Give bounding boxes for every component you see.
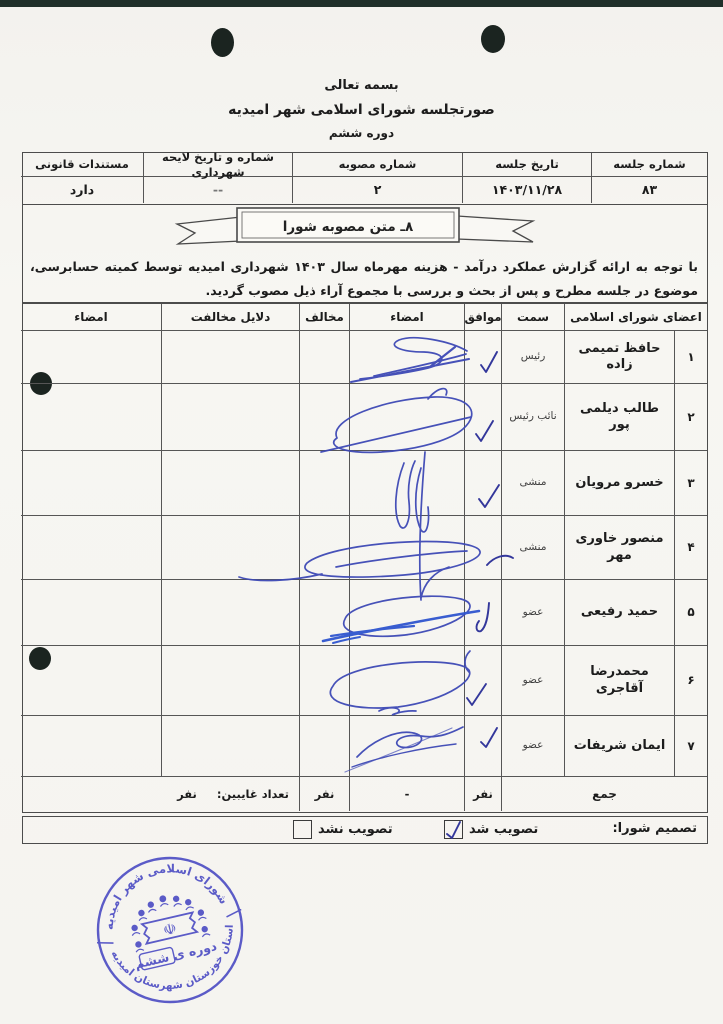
header-position: سمت (501, 304, 564, 331)
header-oppose: مخالف (299, 304, 349, 331)
oppose-reasons-cell (161, 331, 299, 384)
oppose-reasons-cell (161, 646, 299, 716)
member-position: منشی (501, 516, 564, 580)
member-position: عضو (501, 716, 564, 777)
absent-label: تعداد غایبین: (217, 787, 289, 801)
header-session-date: تاریخ جلسه (462, 153, 591, 177)
oppose-vote-cell (299, 331, 349, 384)
punch-hole-top-right (481, 25, 505, 53)
not-approved-label: تصویب نشد (318, 822, 393, 837)
agree-vote-cell (464, 580, 501, 646)
value-resolution-number: ۲ (292, 177, 462, 203)
oppose-reasons-cell (161, 451, 299, 516)
signature2-cell (21, 646, 161, 716)
oppose-reasons-cell (161, 516, 299, 580)
oppose-vote-cell (299, 580, 349, 646)
ribbon-left-tail (177, 217, 241, 244)
council-round-stamp: شورای اسلامی شهر امیدیه استان خوزستان شه… (74, 834, 266, 1024)
value-session-date: ۱۴۰۳/۱۱/۲۸ (462, 177, 591, 203)
header-agree: موافق (464, 304, 501, 331)
member-row-number: ۴ (674, 516, 707, 580)
banner-title: ۸ـ متن مصوبه شورا (283, 219, 414, 235)
agree-vote-cell (464, 451, 501, 516)
signature-cell (349, 331, 464, 384)
not-approved-checkbox (293, 820, 312, 839)
member-position: عضو (501, 580, 564, 646)
resolution-section: ۸ـ متن مصوبه شورا با توجه به ارائه گزارش… (22, 205, 708, 303)
header-signature-2: امضاء (21, 304, 161, 331)
stamp-center-emblem: ☫ دوره ی ششم (121, 887, 218, 972)
value-bill-number-date: -- (143, 177, 292, 203)
agree-vote-cell (464, 331, 501, 384)
oppose-vote-cell (299, 451, 349, 516)
totals-absent-cell: تعداد غایبین: نفر (21, 777, 299, 811)
member-row-number: ۷ (674, 716, 707, 777)
oppose-vote-cell (299, 384, 349, 451)
signature2-cell (21, 331, 161, 384)
oppose-reasons-cell (161, 384, 299, 451)
totals-oppose-unit: نفر (299, 777, 349, 811)
council-term: دوره ششم (0, 126, 723, 140)
value-session-number: ۸۳ (591, 177, 707, 203)
agree-vote-cell (464, 716, 501, 777)
bismillah-text: بسمه تعالی (0, 78, 723, 93)
member-name: منصور خاوری مهر (564, 516, 674, 580)
absent-unit: نفر (177, 787, 197, 801)
member-name: طالب دیلمی پور (564, 384, 674, 451)
agree-vote-cell (464, 646, 501, 716)
agree-vote-cell (464, 384, 501, 451)
member-row-number: ۱ (674, 331, 707, 384)
totals-agree-unit: نفر (464, 777, 501, 811)
member-row-number: ۲ (674, 384, 707, 451)
header-session-number: شماره جلسه (591, 153, 707, 177)
totals-label: جمع (501, 777, 707, 811)
signature2-cell (21, 516, 161, 580)
decision-label: تصمیم شورا: (612, 821, 697, 836)
signature-cell (349, 516, 464, 580)
oppose-vote-cell (299, 716, 349, 777)
header-oppose-reasons: دلایل مخالفت (161, 304, 299, 331)
approved-checkbox (444, 820, 463, 839)
ribbon-banner: ۸ـ متن مصوبه شورا (161, 201, 537, 249)
signature-cell (349, 580, 464, 646)
session-info-table: شماره جلسه تاریخ جلسه شماره مصوبه شماره … (22, 152, 708, 205)
member-position: عضو (501, 646, 564, 716)
member-name: حمید رفیعی (564, 580, 674, 646)
oppose-reasons-cell (161, 580, 299, 646)
member-name: محمدرضا آقاجری (564, 646, 674, 716)
header-legal-docs: مستندات قانونی (21, 153, 143, 177)
member-position: رئیس (501, 331, 564, 384)
member-name: خسرو مرویان (564, 451, 674, 516)
member-row-number: ۳ (674, 451, 707, 516)
oppose-vote-cell (299, 516, 349, 580)
header-resolution-number: شماره مصوبه (292, 153, 462, 177)
scanned-document-page: بسمه تعالی صورتجلسه شورای اسلامی شهر امی… (0, 0, 723, 1024)
totals-signature-dash: - (349, 777, 464, 811)
member-position: منشی (501, 451, 564, 516)
member-row-number: ۵ (674, 580, 707, 646)
header-bill-number-date: شماره و تاریخ لایحه شهرداری (143, 153, 292, 177)
document-title: صورتجلسه شورای اسلامی شهر امیدیه (0, 102, 723, 118)
header-signature: امضاء (349, 304, 464, 331)
member-row-number: ۶ (674, 646, 707, 716)
signature2-cell (21, 716, 161, 777)
punch-hole-top-left (211, 28, 234, 57)
member-name: ایمان شریفات (564, 716, 674, 777)
ribbon-right-tail (457, 216, 533, 242)
resolution-body-text: با توجه به ارائه گزارش عملکرد درآمد - هز… (21, 255, 707, 303)
signature-cell (349, 384, 464, 451)
signature-cell (349, 646, 464, 716)
member-name: حافظ تمیمی زاده (564, 331, 674, 384)
header-members: اعضای شورای اسلامی (564, 304, 707, 331)
agree-vote-cell (464, 516, 501, 580)
members-vote-table: اعضای شورای اسلامی سمت موافق امضاء مخالف… (22, 303, 708, 813)
member-position: نائب رئیس (501, 384, 564, 451)
council-decision-box: تصمیم شورا: تصویب شد تصویب نشد (22, 816, 708, 844)
stamp-emblem-symbol: ☫ (161, 919, 178, 940)
signature-cell (349, 716, 464, 777)
signature2-cell (21, 384, 161, 451)
value-legal-docs: دارد (21, 177, 143, 203)
approved-option: تصویب شد (444, 820, 538, 839)
approved-label: تصویب شد (469, 822, 538, 837)
document-header: بسمه تعالی صورتجلسه شورای اسلامی شهر امی… (0, 78, 723, 140)
oppose-vote-cell (299, 646, 349, 716)
scanner-edge-band (0, 0, 723, 7)
not-approved-option: تصویب نشد (293, 820, 393, 839)
signature2-cell (21, 580, 161, 646)
signature2-cell (21, 451, 161, 516)
oppose-reasons-cell (161, 716, 299, 777)
signature-cell (349, 451, 464, 516)
